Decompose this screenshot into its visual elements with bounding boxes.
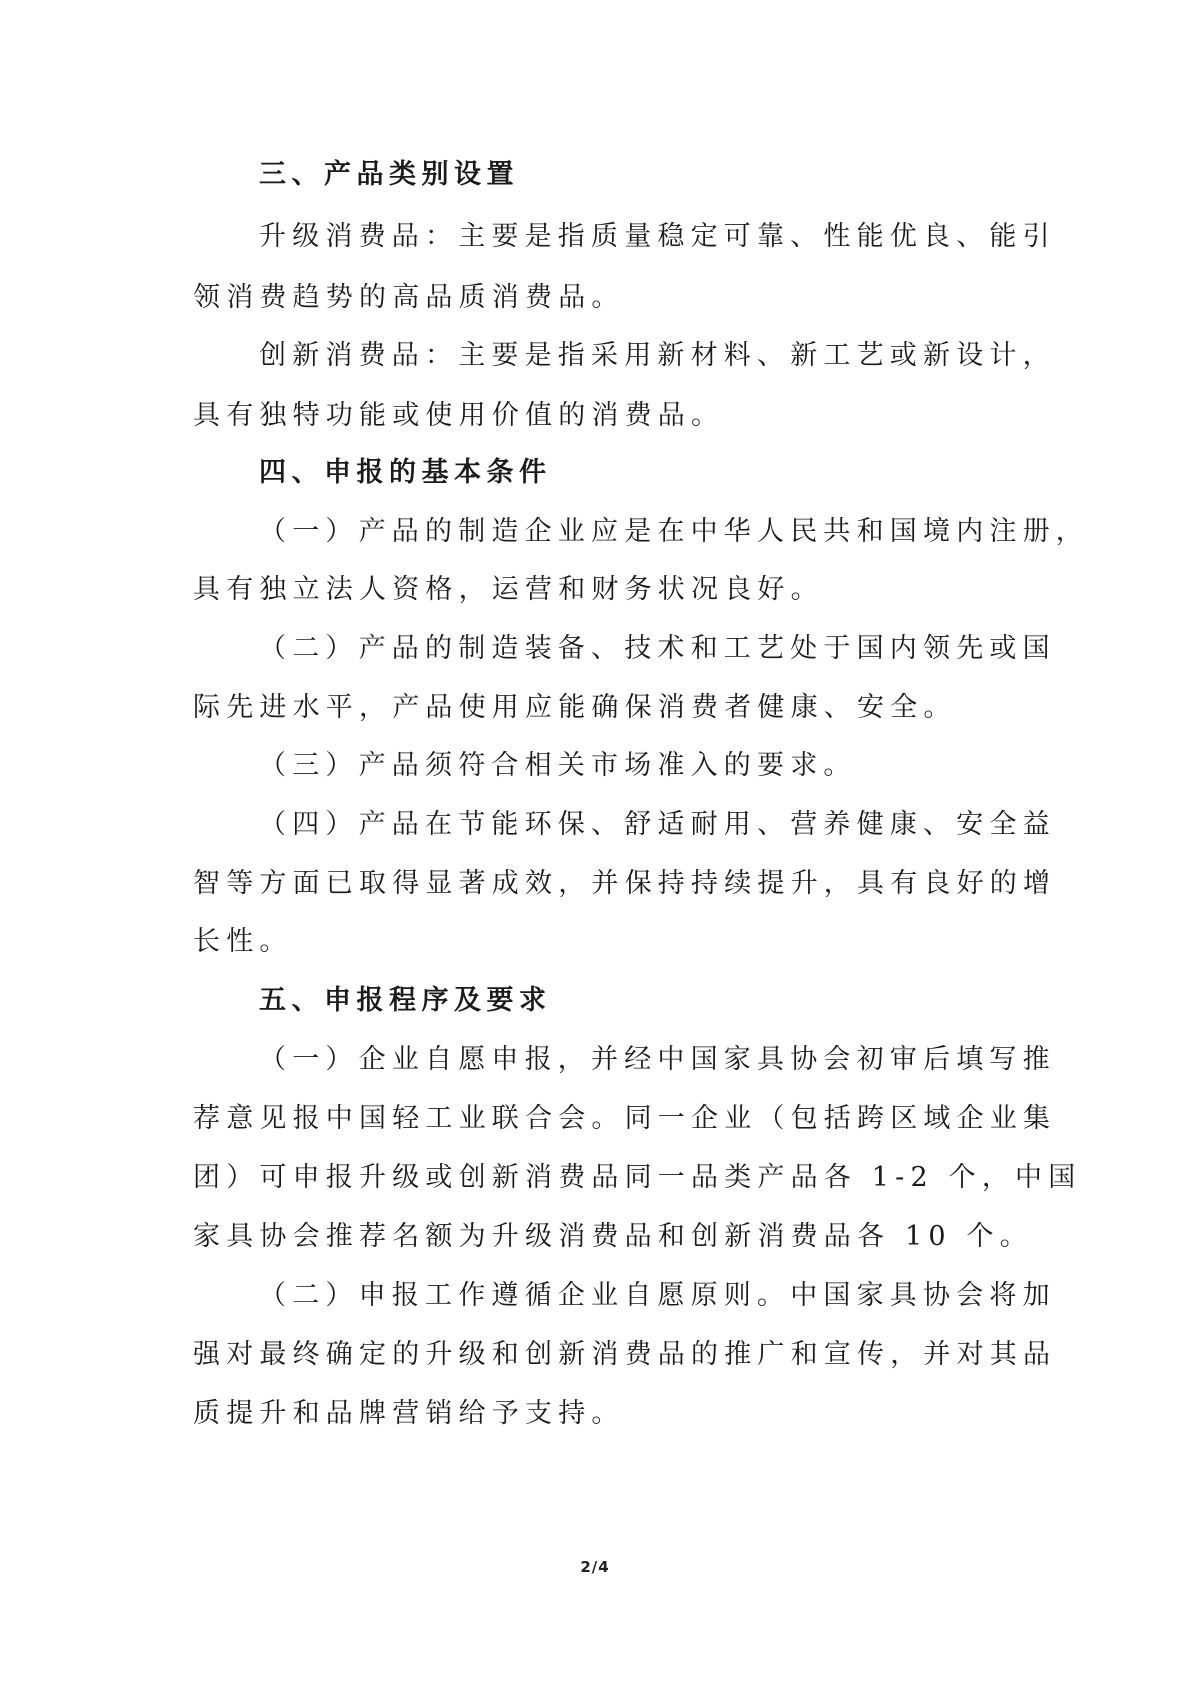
paragraph-line: 荐意见报中国轻工业联合会。同一企业（包括跨区域企业集 xyxy=(193,1101,1056,1137)
paragraph-line: （三）产品须符合相关市场准入的要求。 xyxy=(259,748,857,784)
paragraph-line: 智等方面已取得显著成效，并保持持续提升，具有良好的增 xyxy=(193,866,1056,902)
paragraph-line: 家具协会推荐名额为升级消费品和创新消费品各 10 个。 xyxy=(193,1219,1033,1255)
paragraph-line: （二）申报工作遵循企业自愿原则。中国家具协会将加 xyxy=(259,1278,1056,1314)
paragraph-line: （四）产品在节能环保、舒适耐用、营养健康、安全益 xyxy=(259,807,1056,843)
paragraph-line: 长性。 xyxy=(193,924,293,960)
paragraph-line: （一）产品的制造企业应是在中华人民共和国境内注册， xyxy=(259,514,1089,550)
paragraph-line: （一）企业自愿申报，并经中国家具协会初审后填写推 xyxy=(259,1042,1056,1078)
page-number: 2/4 xyxy=(0,1558,1190,1576)
paragraph-line: 创新消费品：主要是指采用新材料、新工艺或新设计， xyxy=(259,338,1056,374)
paragraph-line: 升级消费品：主要是指质量稳定可靠、性能优良、能引 xyxy=(259,219,1056,255)
section-heading-5: 五、申报程序及要求 xyxy=(259,983,552,1019)
section-heading-3: 三、产品类别设置 xyxy=(259,157,519,193)
paragraph-line: （二）产品的制造装备、技术和工艺处于国内领先或国 xyxy=(259,631,1056,667)
paragraph-line: 强对最终确定的升级和创新消费品的推广和宣传，并对其品 xyxy=(193,1337,1056,1373)
paragraph-line: 具有独特功能或使用价值的消费品。 xyxy=(193,398,724,434)
paragraph-line: 领消费趋势的高品质消费品。 xyxy=(193,280,625,316)
paragraph-line: 质提升和品牌营销给予支持。 xyxy=(193,1396,625,1432)
paragraph-line: 团）可申报升级或创新消费品同一品类产品各 1-2 个，中国 xyxy=(193,1160,1081,1196)
document-page: 三、产品类别设置 升级消费品：主要是指质量稳定可靠、性能优良、能引 领消费趋势的… xyxy=(0,0,1190,1682)
paragraph-line: 际先进水平，产品使用应能确保消费者健康、安全。 xyxy=(193,690,957,726)
paragraph-line: 具有独立法人资格，运营和财务状况良好。 xyxy=(193,572,824,608)
section-heading-4: 四、申报的基本条件 xyxy=(259,455,552,491)
